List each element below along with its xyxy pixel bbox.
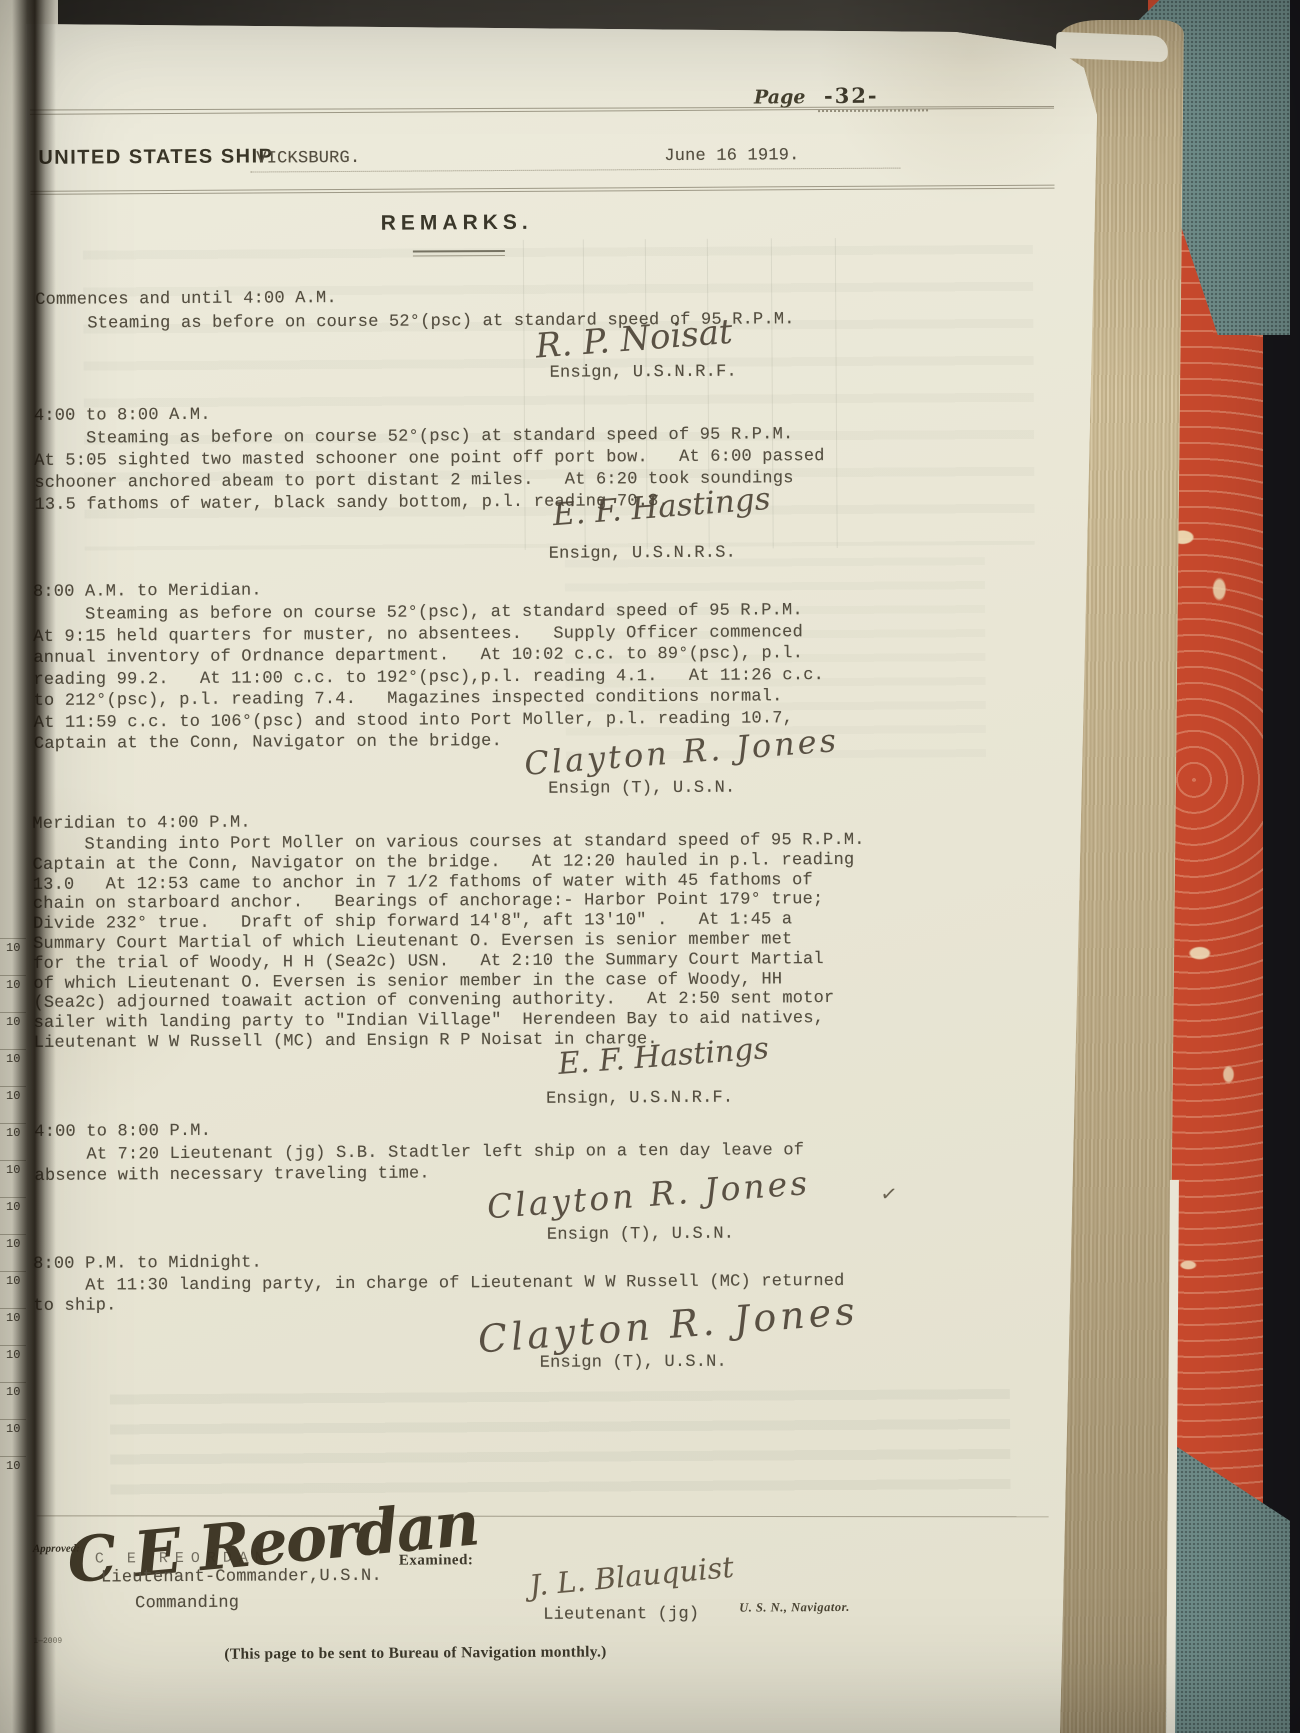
entry-header: 4:00 to 8:00 A.M. (34, 406, 211, 426)
entry-rank: Ensign, U.S.N.R.F. (550, 363, 737, 383)
entry-header: 8:00 P.M. to Midnight. (33, 1254, 262, 1274)
facing-page-cell: 10 (0, 1419, 30, 1456)
pencil-check-mark: ✓ (879, 1181, 899, 1207)
commanding-officer-rank: Lieutenant-Commander,U.S.N. (101, 1567, 382, 1588)
facing-page-cell: 10 (0, 1382, 30, 1419)
remarks-title: REMARKS. (337, 211, 577, 236)
log-date: June 16 1919. (664, 146, 799, 166)
navigator-signature: J. L. Blauquist (528, 1550, 735, 1603)
form-number: 1—2009 (33, 1637, 62, 1646)
commanding-officer-title: Commanding (135, 1594, 239, 1614)
navigator-rank-note: U. S. N., Navigator. (739, 1600, 850, 1616)
page-corner (1056, 32, 1169, 62)
bleed-column-line (835, 238, 838, 548)
logbook-photo: Amount. 101010101010101010101010101010 P… (0, 0, 1300, 1733)
entry-header: Meridian to 4:00 P.M. (32, 814, 251, 834)
facing-page-cell: 10 (0, 1012, 30, 1049)
entry-header: Commences and until 4:00 A.M. (35, 289, 337, 310)
remarks-underline (413, 255, 505, 257)
entry-rank: Ensign, U.S.N.R.F. (546, 1089, 733, 1109)
entry-header: 4:00 to 8:00 P.M. (34, 1122, 211, 1142)
remarks-underline (413, 250, 505, 253)
facing-page-cell: 10 (0, 1308, 30, 1345)
facing-page-cell: 10 (0, 938, 30, 975)
bleed-through-texture (110, 1389, 1011, 1506)
entry-rank: Ensign, U.S.N.R.S. (549, 544, 736, 564)
page-number: -32- (824, 83, 879, 108)
facing-page-cell: 10 (0, 1271, 30, 1308)
facing-page-cell: 10 (0, 1197, 30, 1234)
bureau-note: (This page to be sent to Bureau of Navig… (135, 1643, 695, 1664)
facing-page-cell: 10 (0, 1123, 30, 1160)
entry-rank: Ensign (T), U.S.N. (547, 1225, 734, 1245)
page-label: Page (754, 86, 806, 108)
facing-page-cell: 10 (0, 975, 30, 1012)
entry-rank: Ensign (T), U.S.N. (540, 1353, 727, 1373)
examined-label: Examined: (399, 1552, 474, 1569)
ship-name: VICKSBURG. (256, 149, 360, 169)
log-page-content: Page -32- UNITED STATES SHIP VICKSBURG. … (21, 0, 1106, 1733)
facing-page-cell: 10 (0, 1456, 30, 1493)
ship-name-rule (250, 168, 900, 173)
facing-page-cell: 10 (0, 1086, 30, 1123)
entry-body: Standing into Port Moller on various cou… (32, 831, 865, 1054)
log-page: Page -32- UNITED STATES SHIP VICKSBURG. … (26, 0, 1100, 1733)
facing-page-cell: 10 (0, 1049, 30, 1086)
facing-page-cell: 10 (0, 1234, 30, 1271)
navigator-rank: Lieutenant (jg) (543, 1605, 699, 1625)
facing-page-cell: 10 (0, 1345, 30, 1382)
entry-header: 8:00 A.M. to Meridian. (33, 581, 262, 601)
ship-label: UNITED STATES SHIP (38, 145, 273, 169)
facing-page-cell: 10 (0, 1160, 30, 1197)
entry-rank: Ensign (T), U.S.N. (548, 779, 735, 799)
